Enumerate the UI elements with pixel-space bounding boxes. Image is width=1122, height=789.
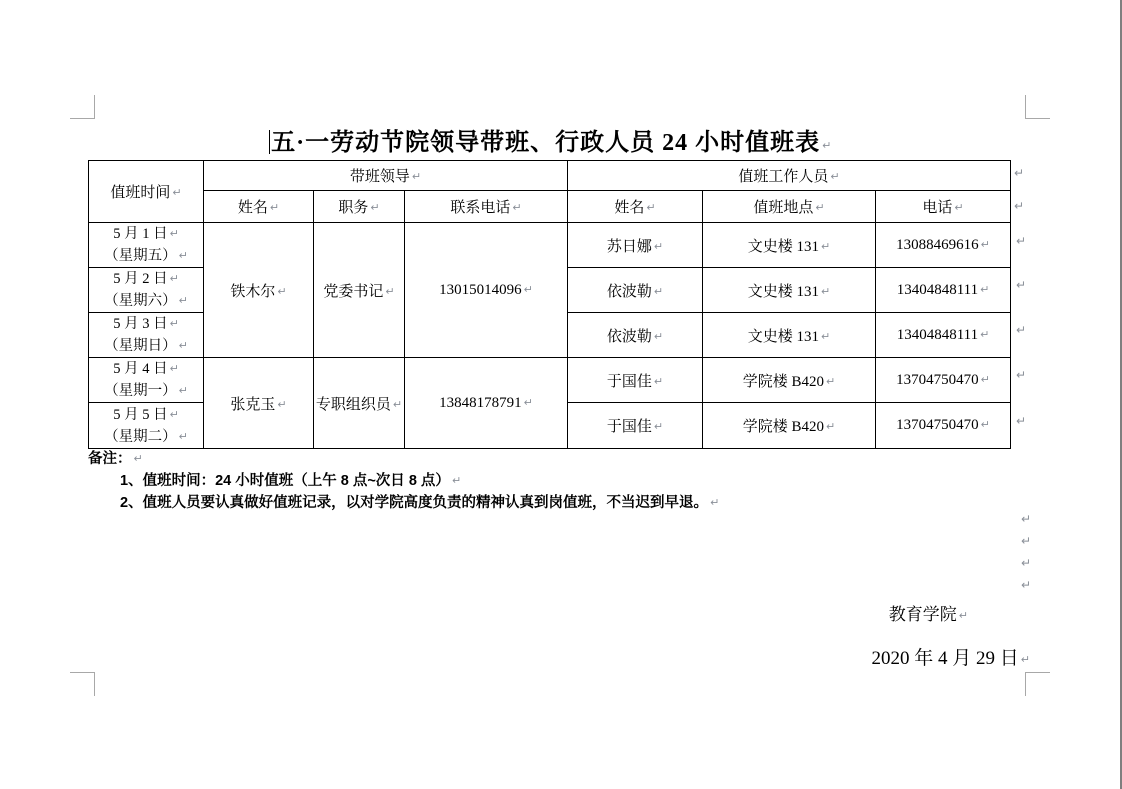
margin-crop-mark-bottom-left	[70, 672, 95, 696]
cell-staff-name: 依波勒	[568, 268, 703, 313]
cell-staff-phone: 13404848111	[876, 268, 1011, 313]
notes-label: 备注：	[88, 448, 719, 470]
cell-staff-location: 学院楼 B420	[703, 358, 876, 403]
cell-leader-title: 专职组织员	[314, 358, 405, 449]
cell-leader-phone: 13848178791	[405, 358, 568, 449]
header-lead-group: 带班领导	[204, 161, 568, 191]
cell-staff-name: 苏日娜	[568, 223, 703, 268]
header-duty-time: 值班时间	[89, 161, 204, 223]
row-end-mark: ↵	[1016, 368, 1026, 382]
page-title: 五·一劳动节院领导带班、行政人员 24 小时值班表	[271, 130, 831, 156]
cell-date: 5 月 1 日（星期五）	[89, 223, 204, 268]
cell-staff-phone: 13088469616	[876, 223, 1011, 268]
cell-staff-name: 依波勒	[568, 313, 703, 358]
row-end-mark: ↵	[1016, 414, 1026, 428]
paragraph-mark: ↵	[1021, 534, 1031, 548]
signature-block: 教育学院 2020 年 4 月 29 日	[872, 600, 1030, 670]
paragraph-mark: ↵	[1021, 512, 1031, 526]
header-staff-phone: 电话	[876, 191, 1011, 223]
cell-date: 5 月 3 日（星期日）	[89, 313, 204, 358]
header-staff-location: 值班地点	[703, 191, 876, 223]
cell-leader-title: 党委书记	[314, 223, 405, 358]
cell-leader-name: 铁木尔	[204, 223, 314, 358]
margin-crop-mark-top-right	[1025, 95, 1050, 119]
note-item: 1、值班时间：24 小时值班（上午 8 点~次日 8 点）	[120, 470, 719, 492]
header-lead-name: 姓名	[204, 191, 314, 223]
table-row: 值班时间 带班领导 值班工作人员	[89, 161, 1011, 191]
cell-staff-phone: 13704750470	[876, 403, 1011, 449]
table-row: 5 月 4 日（星期一） 张克玉 专职组织员 13848178791 于国佳 学…	[89, 358, 1011, 403]
cell-staff-name: 于国佳	[568, 358, 703, 403]
header-staff-group: 值班工作人员	[568, 161, 1011, 191]
paragraph-mark: ↵	[1021, 578, 1031, 592]
document-title-line: 五·一劳动节院领导带班、行政人员 24 小时值班表	[0, 122, 1100, 157]
signature-org: 教育学院	[872, 600, 1030, 625]
row-end-mark: ↵	[1014, 166, 1024, 180]
row-end-mark: ↵	[1016, 323, 1026, 337]
cell-staff-name: 于国佳	[568, 403, 703, 449]
duty-schedule-table: 值班时间 带班领导 值班工作人员 姓名 职务 联系电话 姓名 值班地点 电话 5…	[88, 160, 1011, 449]
margin-crop-mark-bottom-right	[1025, 672, 1050, 696]
cell-staff-phone: 13404848111	[876, 313, 1011, 358]
text-cursor	[269, 130, 271, 154]
header-lead-phone: 联系电话	[405, 191, 568, 223]
table-row: 姓名 职务 联系电话 姓名 值班地点 电话	[89, 191, 1011, 223]
cell-date: 5 月 4 日（星期一）	[89, 358, 204, 403]
cell-date: 5 月 2 日（星期六）	[89, 268, 204, 313]
signature-date: 2020 年 4 月 29 日	[872, 643, 1030, 670]
cell-leader-name: 张克玉	[204, 358, 314, 449]
cell-date: 5 月 5 日（星期二）	[89, 403, 204, 449]
cell-staff-location: 文史楼 131	[703, 223, 876, 268]
note-item: 2、值班人员要认真做好值班记录，以对学院高度负责的精神认真到岗值班，不当迟到早退…	[120, 492, 719, 514]
table-row: 5 月 1 日（星期五） 铁木尔 党委书记 13015014096 苏日娜 文史…	[89, 223, 1011, 268]
header-lead-title: 职务	[314, 191, 405, 223]
cell-staff-phone: 13704750470	[876, 358, 1011, 403]
paragraph-mark: ↵	[1021, 556, 1031, 570]
row-end-mark: ↵	[1016, 234, 1026, 248]
header-staff-name: 姓名	[568, 191, 703, 223]
cell-staff-location: 文史楼 131	[703, 268, 876, 313]
margin-crop-mark-top-left	[70, 95, 95, 119]
row-end-mark: ↵	[1016, 278, 1026, 292]
cell-leader-phone: 13015014096	[405, 223, 568, 358]
notes-block: 备注： 1、值班时间：24 小时值班（上午 8 点~次日 8 点） 2、值班人员…	[88, 448, 719, 514]
row-end-mark: ↵	[1014, 199, 1024, 213]
document-page: 五·一劳动节院领导带班、行政人员 24 小时值班表 值班时间 带班领导 值班工作…	[0, 0, 1122, 789]
cell-staff-location: 学院楼 B420	[703, 403, 876, 449]
cell-staff-location: 文史楼 131	[703, 313, 876, 358]
